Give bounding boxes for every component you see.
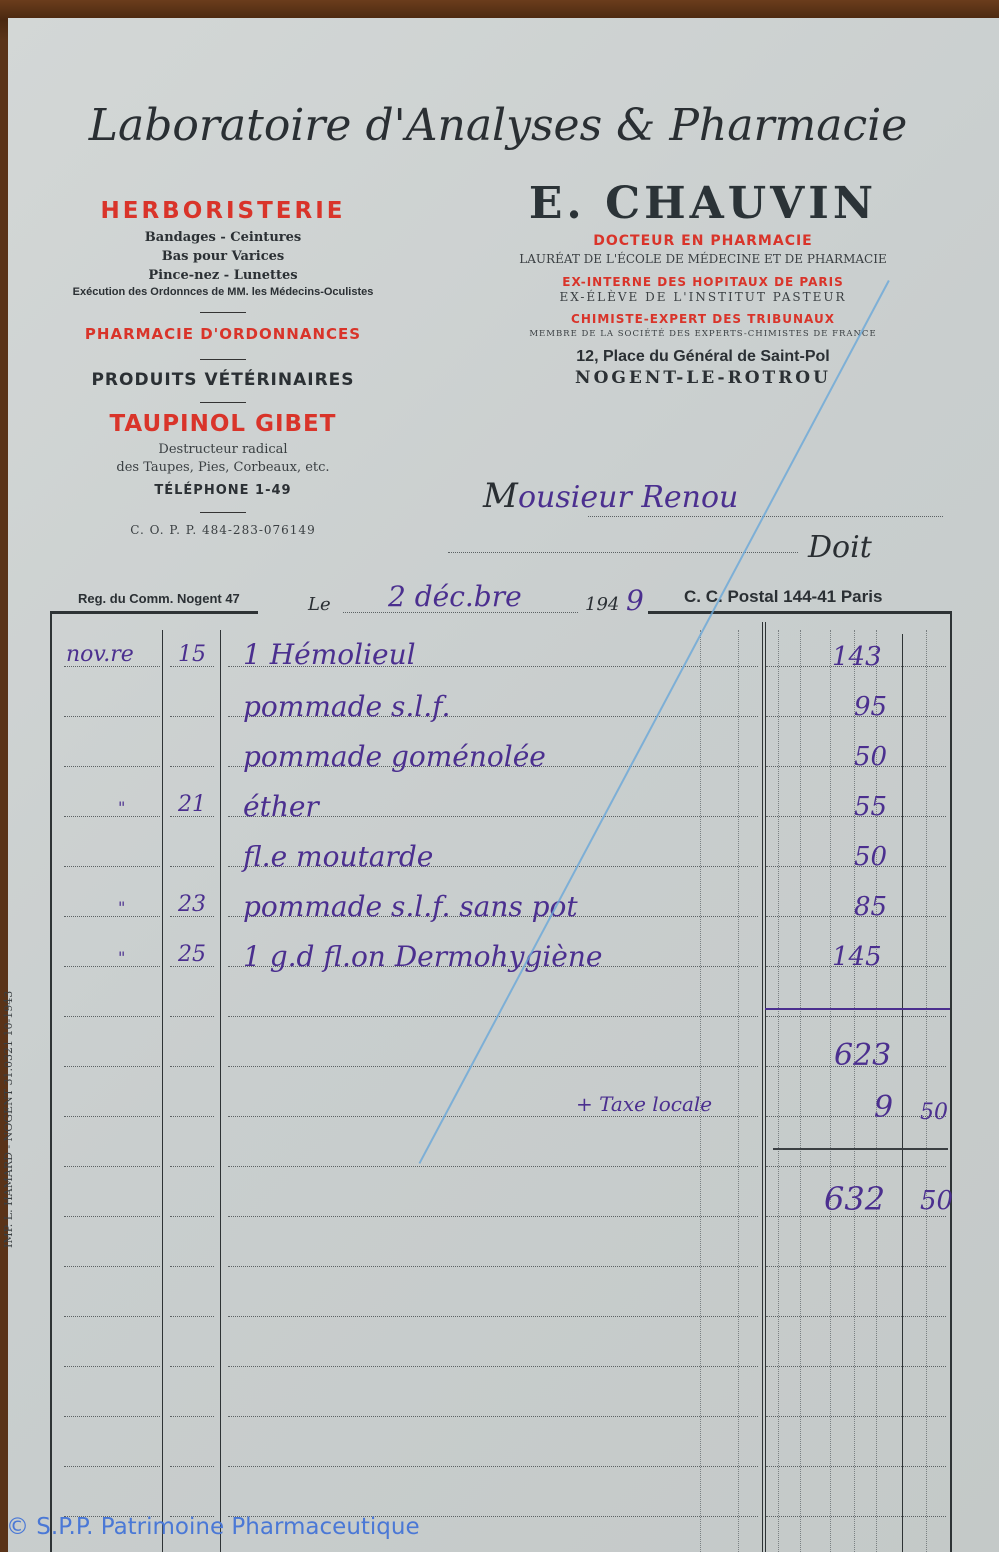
herbo-line: Bandages - Ceintures	[48, 228, 398, 247]
customer-name: ousieur Renou	[518, 480, 738, 515]
taupinol-line: Destructeur radical	[48, 441, 398, 459]
row-day: 21	[178, 792, 206, 817]
row-line	[64, 1316, 160, 1317]
copp-number: C. O. P. P. 484-283-076149	[48, 523, 398, 537]
row-amount: 145	[832, 942, 882, 972]
blue-pencil-strike	[419, 280, 890, 1164]
row-line	[64, 716, 160, 717]
printer-imprint: IMP. L. HAMARD - NOGENT 31.0321 10-1943	[2, 991, 15, 1248]
row-ditto: "	[118, 798, 125, 817]
row-line	[64, 1116, 160, 1117]
row-item: pommade s.l.f. sans pot	[243, 890, 578, 923]
row-line	[170, 1366, 214, 1367]
row-line	[170, 1316, 214, 1317]
herbo-line: Pince-nez - Lunettes	[48, 266, 398, 285]
row-amount: 85	[854, 892, 887, 922]
tax-amount: 9	[874, 1090, 893, 1125]
total: 632	[824, 1180, 885, 1218]
grid-v	[778, 630, 779, 1552]
row-line	[228, 1116, 758, 1117]
row-line	[228, 1366, 758, 1367]
row-line	[228, 1316, 758, 1317]
row-line	[64, 766, 160, 767]
row-ditto: "	[118, 898, 125, 917]
subtotal-rule	[765, 1008, 950, 1010]
customer-prefix: M	[483, 476, 518, 516]
divider	[200, 312, 246, 313]
letterhead-title: Laboratoire d'Analyses & Pharmacie	[48, 100, 948, 151]
row-item: éther	[243, 790, 319, 823]
row-line	[64, 1066, 160, 1067]
row-line	[170, 866, 214, 867]
row-line	[766, 1466, 946, 1467]
divider	[200, 359, 246, 360]
row-line	[766, 1016, 946, 1017]
pharmacie-ordonnances: PHARMACIE D'ORDONNANCES	[48, 325, 398, 343]
row-line	[228, 1016, 758, 1017]
table-top-right	[648, 611, 950, 614]
row-line	[64, 966, 160, 967]
year-printed: 194	[585, 594, 619, 615]
col-divider-day	[220, 630, 221, 1552]
grid-v	[830, 630, 831, 1552]
date-handwritten: 2 déc.bre	[388, 580, 522, 613]
row-line	[228, 1266, 758, 1267]
row-item: pommade goménolée	[243, 740, 546, 773]
telephone: TÉLÉPHONE 1-49	[48, 483, 398, 498]
row-line	[170, 1266, 214, 1267]
grid-v	[926, 630, 927, 1552]
chimiste-expert: CHIMISTE-EXPERT DES TRIBUNAUX	[443, 312, 963, 326]
total-rule	[773, 1148, 948, 1150]
divider	[200, 512, 246, 513]
col-divider-cents	[902, 634, 903, 1552]
row-line	[170, 766, 214, 767]
doit-label: Doit	[808, 530, 872, 565]
herbo-line: Bas pour Varices	[48, 247, 398, 266]
date-line	[343, 612, 578, 613]
row-line	[766, 1516, 946, 1517]
docteur-pharmacie: DOCTEUR EN PHARMACIE	[443, 233, 963, 249]
row-line	[64, 916, 160, 917]
row-day: 15	[178, 642, 206, 667]
row-amount: 95	[854, 692, 887, 722]
table-right-border	[950, 611, 952, 1552]
ccp: C. C. Postal 144-41 Paris	[684, 587, 882, 607]
row-line	[170, 1116, 214, 1117]
pharmacist-name: E. CHAUVIN	[443, 178, 963, 229]
col-divider-amount-1	[762, 622, 763, 1552]
city: NOGENT-LE-ROTROU	[443, 368, 963, 388]
divider	[200, 402, 246, 403]
row-line	[64, 1216, 160, 1217]
taupinol-line: des Taupes, Pies, Corbeaux, etc.	[48, 459, 398, 477]
row-line	[766, 1316, 946, 1317]
row-item: pommade s.l.f.	[243, 690, 450, 723]
row-line	[170, 716, 214, 717]
row-line	[766, 1116, 946, 1117]
grid-v	[700, 630, 701, 1552]
date-le: Le	[308, 594, 331, 615]
col-divider-month	[162, 630, 163, 1552]
herboristerie-heading: HERBORISTERIE	[48, 198, 398, 224]
row-amount: 50	[854, 842, 887, 872]
row-line	[64, 866, 160, 867]
row-line	[64, 1016, 160, 1017]
row-line	[170, 1066, 214, 1067]
row-line	[228, 1216, 758, 1217]
row-amount: 55	[854, 792, 887, 822]
row-line	[64, 1166, 160, 1167]
row-line	[170, 1216, 214, 1217]
year-handwritten: 9	[626, 584, 644, 617]
row-line	[64, 1466, 160, 1467]
row-line	[766, 1166, 946, 1167]
row-line	[228, 1066, 758, 1067]
table-left-border	[50, 611, 52, 1552]
col-divider-amount-2	[765, 622, 766, 1552]
reg-comm: Reg. du Comm. Nogent 47	[78, 591, 240, 606]
tax-cents: 50	[920, 1100, 948, 1125]
row-item: fl.e moutarde	[243, 840, 433, 873]
row-line	[766, 1416, 946, 1417]
row-day: 25	[178, 942, 206, 967]
row-line	[170, 1416, 214, 1417]
row-line	[170, 1466, 214, 1467]
left-column: HERBORISTERIE Bandages - Ceintures Bas p…	[48, 198, 398, 537]
laureat: LAURÉAT DE L'ÉCOLE DE MÉDECINE ET DE PHA…	[443, 252, 963, 266]
row-line	[64, 1366, 160, 1367]
address: 12, Place du Général de Saint-Pol	[443, 348, 963, 366]
subtotal: 623	[834, 1038, 891, 1073]
membre-societe: MEMBRE DE LA SOCIÉTÉ DES EXPERTS-CHIMIST…	[443, 329, 963, 339]
grid-v	[738, 630, 739, 1552]
row-line	[64, 1266, 160, 1267]
herbo-line-oculistes: Exécution des Ordonnces de MM. les Médec…	[48, 286, 398, 298]
total-cents: 50	[920, 1186, 953, 1216]
row-day: 23	[178, 892, 206, 917]
row-amount: 143	[832, 642, 882, 672]
row-line	[228, 1416, 758, 1417]
row-line	[170, 1016, 214, 1017]
row-line	[170, 1166, 214, 1167]
row-ditto: "	[118, 948, 125, 967]
grid-v	[800, 630, 801, 1552]
row-line	[64, 816, 160, 817]
row-amount: 50	[854, 742, 887, 772]
row-line	[228, 1166, 758, 1167]
row-item: 1 Hémolieul	[243, 638, 416, 671]
row-line	[766, 1366, 946, 1367]
row-month: nov.re	[66, 642, 134, 667]
tax-label: + Taxe locale	[576, 1092, 712, 1116]
produits-veterinaires: PRODUITS VÉTÉRINAIRES	[48, 370, 398, 390]
row-line	[766, 1266, 946, 1267]
row-line	[228, 1466, 758, 1467]
customer-line	[588, 516, 943, 517]
invoice-paper: Laboratoire d'Analyses & Pharmacie HERBO…	[8, 18, 999, 1552]
table-top-left	[50, 611, 258, 614]
ex-eleve: EX-ÉLÈVE DE L'INSTITUT PASTEUR	[443, 290, 963, 304]
row-item: 1 g.d fl.on Dermohygiène	[243, 940, 602, 973]
row-line	[64, 1416, 160, 1417]
taupinol-gibet: TAUPINOL GIBET	[48, 411, 398, 437]
copyright-watermark: © S.P.P. Patrimoine Pharmaceutique	[6, 1514, 420, 1540]
